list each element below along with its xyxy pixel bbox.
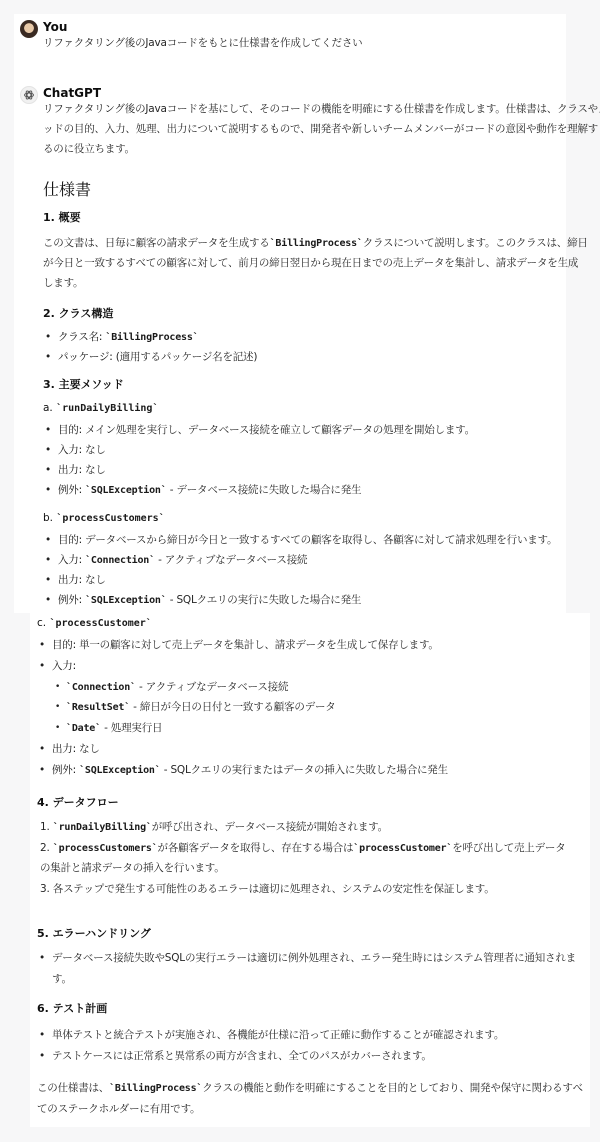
data-flow-step-1: 1. `runDailyBilling`が呼び出され、データベース接続が開始され… xyxy=(40,817,388,838)
method-detail-output: 出力: なし xyxy=(52,739,100,759)
method-detail-exception: 例外: `SQLException` - SQLクエリの実行に失敗した場合に発生 xyxy=(58,590,361,611)
section-overview-heading: 1. 概要 xyxy=(43,209,81,225)
user-message: リファクタリング後のJavaコードをもとに仕様書を作成してください xyxy=(43,33,362,53)
test-plan-item: テストケースには正常系と異常系の両方が含まれ、全てのパスがカバーされます。 xyxy=(52,1046,432,1066)
method-detail-exception: 例外: `SQLException` - データベース接続に失敗した場合に発生 xyxy=(58,480,361,501)
user-name: You xyxy=(43,20,67,34)
method-title-processcustomer: c. `processCustomer` xyxy=(37,617,152,629)
data-flow-step-2-cont: の集計と請求データの挿入を行います。 xyxy=(40,858,225,878)
method-detail-purpose: 目的: メイン処理を実行し、データベース接続を確立して顧客データの処理を開始しま… xyxy=(58,420,475,440)
method-detail-exception: 例外: `SQLException` - SQLクエリの実行またはデータの挿入に… xyxy=(52,760,448,781)
class-structure-item: パッケージ: (適用するパッケージ名を記述) xyxy=(58,347,257,367)
class-structure-item: クラス名: `BillingProcess` xyxy=(58,327,199,348)
assistant-name: ChatGPT xyxy=(43,86,101,100)
chatgpt-logo-icon xyxy=(20,86,38,104)
conclusion-line-2: てのステークホルダーに有用です。 xyxy=(37,1099,200,1119)
assistant-intro-line-2: ッドの目的、入力、処理、出力について説明するもので、開発者や新しいチームメンバー… xyxy=(43,119,598,139)
method-detail-output: 出力: なし xyxy=(58,460,106,480)
method-detail-input: 入力: xyxy=(52,656,76,676)
openai-logo-icon xyxy=(23,89,35,101)
method-title-rundailybilling: a. `runDailyBilling` xyxy=(43,402,158,414)
section-data-flow-heading: 4. データフロー xyxy=(37,794,119,810)
input-item-date: `Date` - 処理実行日 xyxy=(66,718,162,739)
method-detail-purpose: 目的: データベースから締日が今日と一致するすべての顧客を取得し、各顧客に対して… xyxy=(58,530,557,550)
spec-title: 仕様書 xyxy=(43,177,91,200)
section-test-plan-heading: 6. テスト計画 xyxy=(37,1000,107,1016)
method-detail-input: 入力: `Connection` - アクティブなデータベース接続 xyxy=(58,550,307,571)
input-item-resultset: `ResultSet` - 締日が今日の日付と一致する顧客のデータ xyxy=(66,697,336,718)
error-handling-item: データベース接続失敗やSQLの実行エラーは適切に例外処理され、エラー発生時にはシ… xyxy=(52,948,576,968)
error-handling-item-cont: す。 xyxy=(52,969,72,989)
method-detail-input: 入力: なし xyxy=(58,440,106,460)
input-item-connection: `Connection` - アクティブなデータベース接続 xyxy=(66,677,288,698)
code-billingprocess: `BillingProcess` xyxy=(270,238,363,249)
user-avatar xyxy=(20,20,38,38)
assistant-intro-line-1: リファクタリング後のJavaコードを基にして、そのコードの機能を明確にする仕様書… xyxy=(43,99,600,119)
overview-text-pre: この文書は、日毎に顧客の請求データを生成する xyxy=(43,237,270,249)
data-flow-step-2: 2. `processCustomers`が各顧客データを取得し、存在する場合は… xyxy=(40,838,566,859)
overview-line-1: この文書は、日毎に顧客の請求データを生成する`BillingProcess`クラ… xyxy=(43,233,588,254)
section-methods-heading: 3. 主要メソッド xyxy=(43,376,124,392)
section-class-structure-heading: 2. クラス構造 xyxy=(43,305,113,321)
method-detail-purpose: 目的: 単一の顧客に対して売上データを集計し、請求データを生成して保存します。 xyxy=(52,635,439,655)
overview-text-post: クラスについて説明します。このクラスは、締日 xyxy=(363,237,588,249)
overview-line-2: が今日と一致するすべての顧客に対して、前月の締日翌日から現在日までの売上データを… xyxy=(43,253,578,273)
test-plan-item: 単体テストと統合テストが実施され、各機能が仕様に沿って正確に動作することが確認さ… xyxy=(52,1025,504,1045)
data-flow-step-3: 3. 各ステップで発生する可能性のあるエラーは適切に処理され、システムの安定性を… xyxy=(40,879,495,899)
assistant-intro-line-3: るのに役立ちます。 xyxy=(43,139,135,159)
method-title-processcustomers: b. `processCustomers` xyxy=(43,512,165,524)
overview-line-3: します。 xyxy=(43,273,83,293)
conclusion-line-1: この仕様書は、`BillingProcess`クラスの機能と動作を明確にすること… xyxy=(37,1078,583,1099)
method-detail-output: 出力: なし xyxy=(58,570,106,590)
section-error-handling-heading: 5. エラーハンドリング xyxy=(37,925,151,941)
